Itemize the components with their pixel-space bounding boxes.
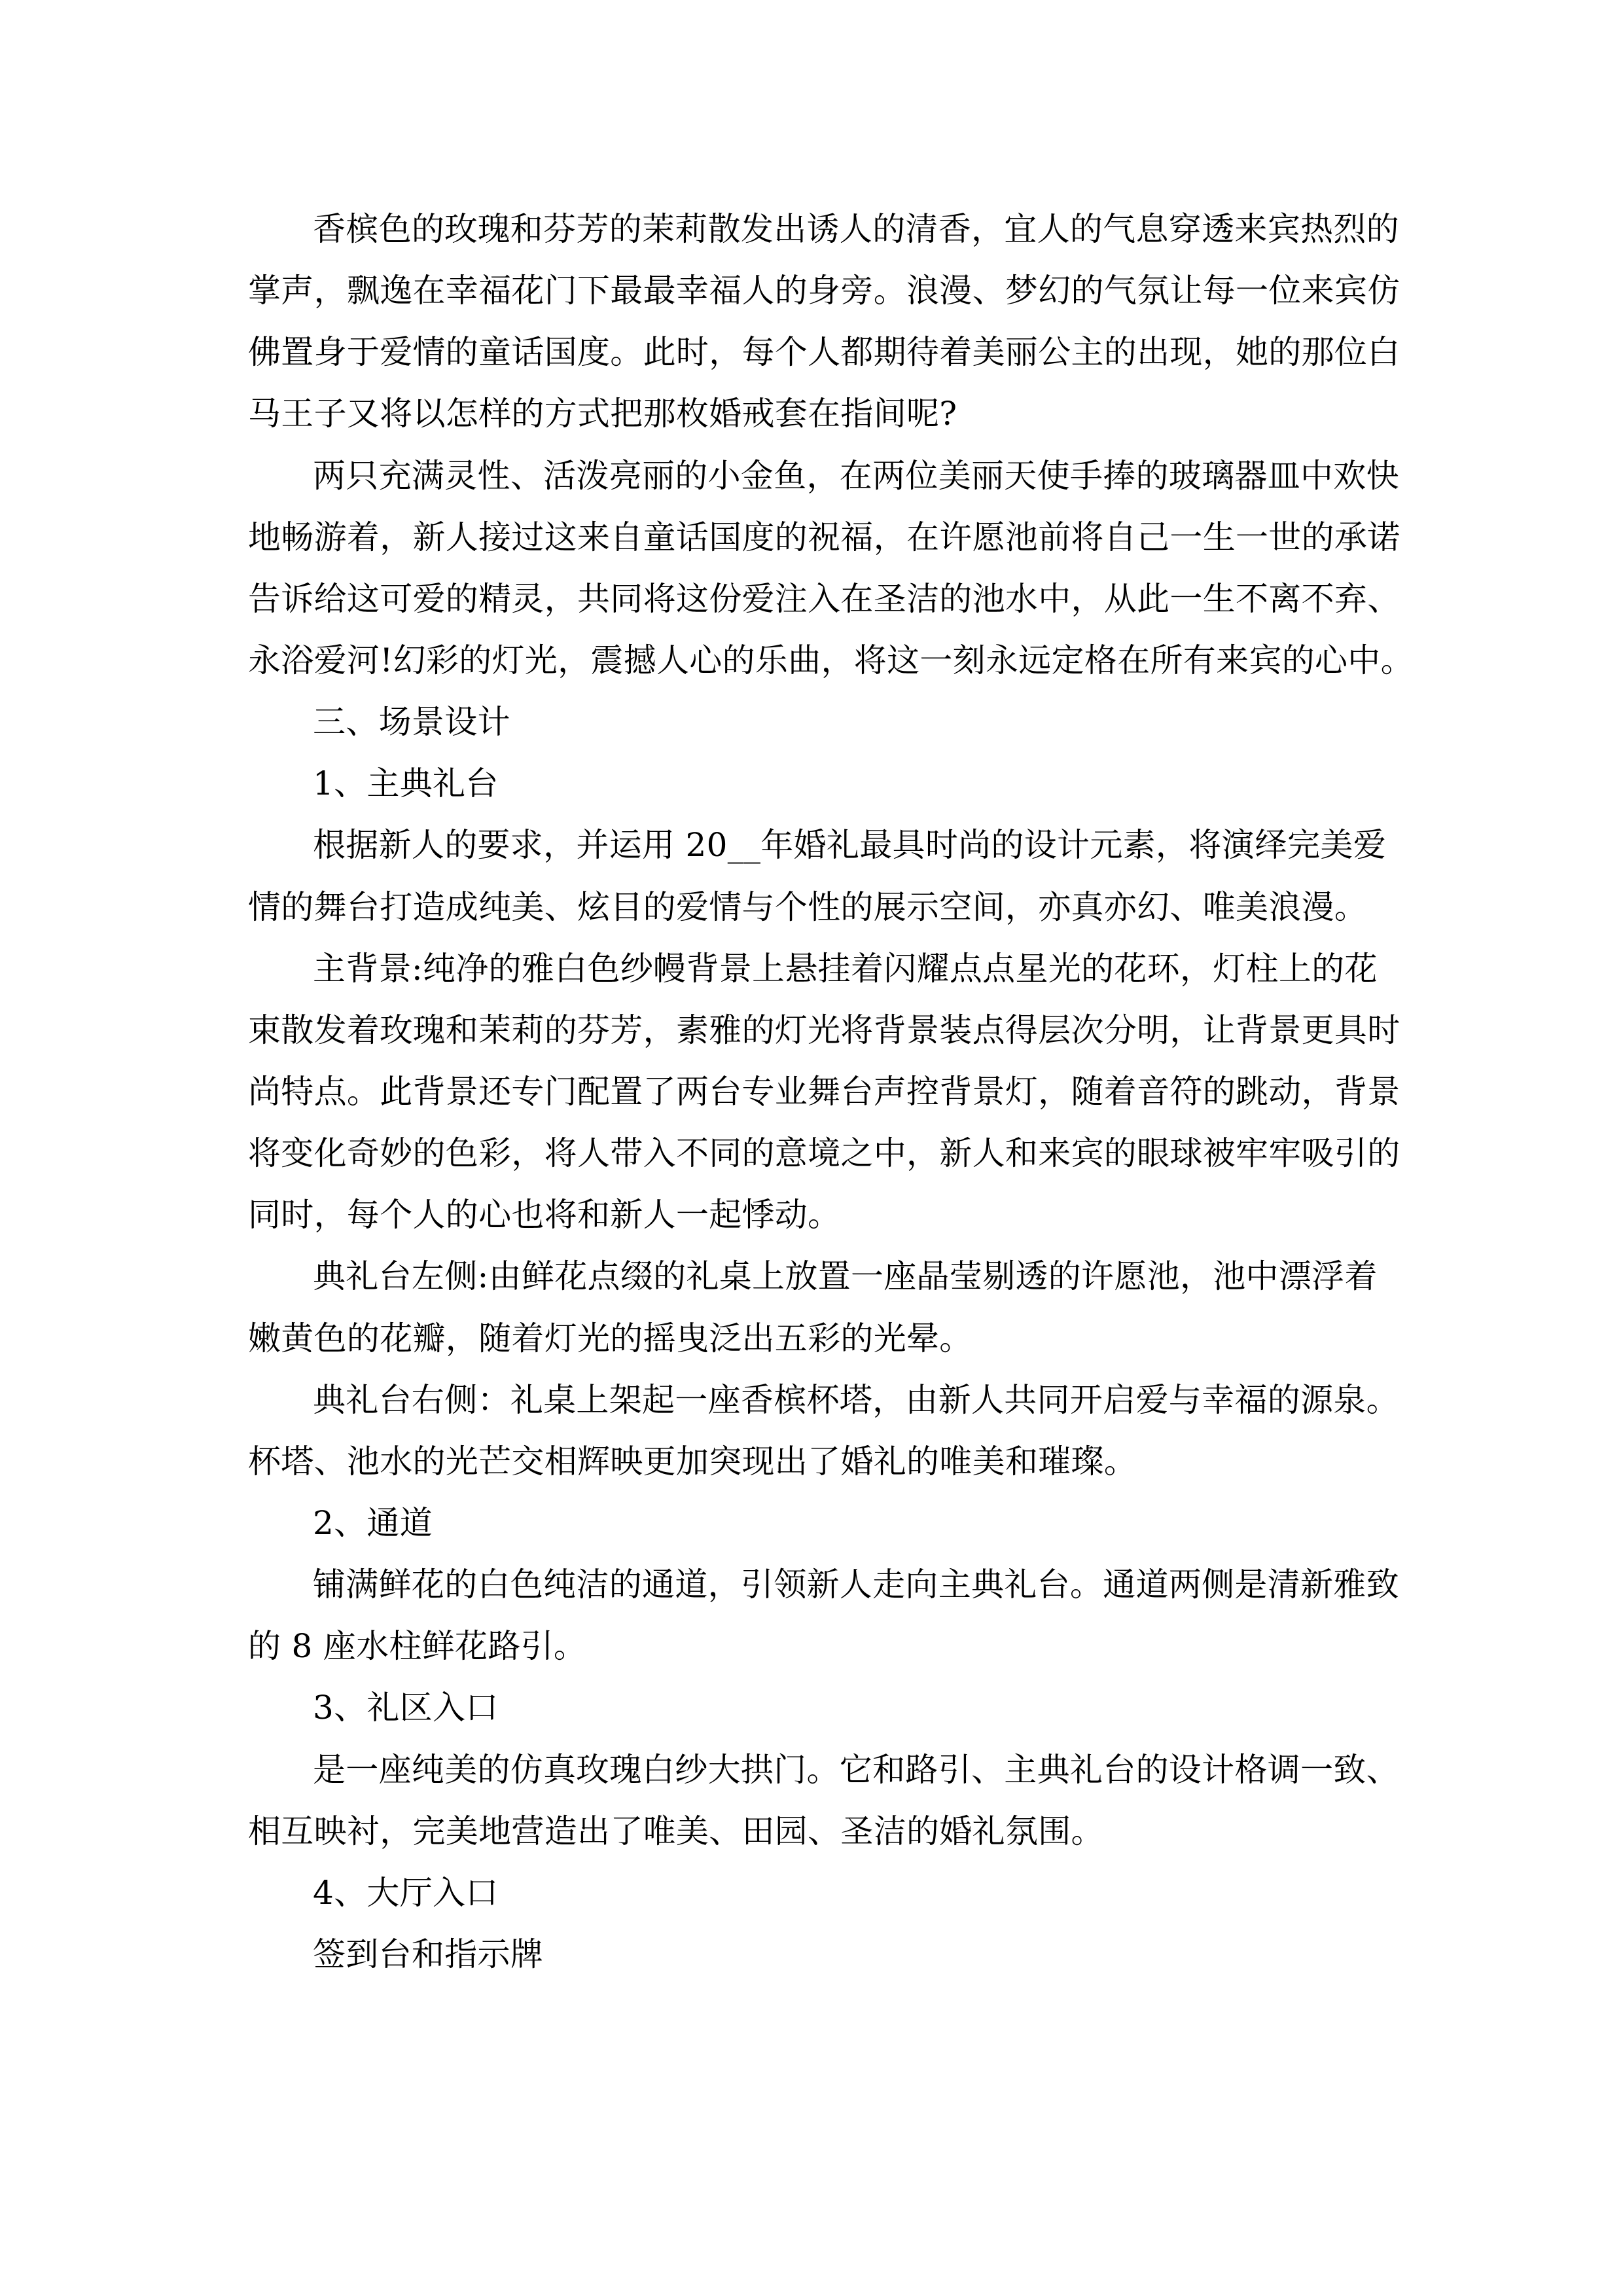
text-line: 根据新人的要求，并运用 20__年婚礼最具时尚的设计元素，将演绎完美爱	[248, 814, 1380, 876]
paragraph: 主背景:纯净的雅白色纱幔背景上悬挂着闪耀点点星光的花环，灯柱上的花 束散发着玫瑰…	[248, 938, 1380, 1246]
subsection-title: 4、大厅入口	[248, 1862, 1380, 1924]
text-line: 杯塔、池水的光芒交相辉映更加突现出了婚礼的唯美和璀璨。	[248, 1431, 1380, 1492]
text-line: 嫩黄色的花瓣，随着灯光的摇曳泛出五彩的光晕。	[248, 1308, 1380, 1369]
paragraph: 两只充满灵性、活泼亮丽的小金鱼，在两位美丽天使手捧的玻璃器皿中欢快 地畅游着，新…	[248, 445, 1380, 692]
text-line: 情的舞台打造成纯美、炫目的爱情与个性的展示空间，亦真亦幻、唯美浪漫。	[248, 876, 1380, 938]
text-line: 同时，每个人的心也将和新人一起悸动。	[248, 1184, 1380, 1246]
text-line: 铺满鲜花的白色纯洁的通道，引领新人走向主典礼台。通道两侧是清新雅致	[248, 1554, 1380, 1615]
subsection-title: 1、主典礼台	[248, 753, 1380, 814]
subsection-heading: 1、主典礼台	[248, 753, 1380, 814]
subsection-title: 签到台和指示牌	[248, 1924, 1380, 1985]
text-line: 的 8 座水柱鲜花路引。	[248, 1615, 1380, 1677]
text-line: 地畅游着，新人接过这来自童话国度的祝福，在许愿池前将自己一生一世的承诺	[248, 507, 1380, 568]
text-line: 束散发着玫瑰和茉莉的芬芳，素雅的灯光将背景装点得层次分明，让背景更具时	[248, 999, 1380, 1061]
text-line: 典礼台左侧:由鲜花点缀的礼桌上放置一座晶莹剔透的许愿池，池中漂浮着	[248, 1246, 1380, 1307]
text-line: 告诉给这可爱的精灵，共同将这份爱注入在圣洁的池水中，从此一生不离不弃、	[248, 568, 1380, 630]
subsection-heading: 2、通道	[248, 1492, 1380, 1554]
document-page: 香槟色的玫瑰和芬芳的茉莉散发出诱人的清香，宜人的气息穿透来宾热烈的 掌声，飘逸在…	[248, 198, 1380, 1985]
paragraph: 铺满鲜花的白色纯洁的通道，引领新人走向主典礼台。通道两侧是清新雅致 的 8 座水…	[248, 1554, 1380, 1677]
paragraph: 典礼台左侧:由鲜花点缀的礼桌上放置一座晶莹剔透的许愿池，池中漂浮着 嫩黄色的花瓣…	[248, 1246, 1380, 1369]
subsection-title: 3、礼区入口	[248, 1677, 1380, 1738]
text-line: 尚特点。此背景还专门配置了两台专业舞台声控背景灯，随着音符的跳动，背景	[248, 1061, 1380, 1122]
text-line: 将变化奇妙的色彩，将人带入不同的意境之中，新人和来宾的眼球被牢牢吸引的	[248, 1122, 1380, 1184]
paragraph: 典礼台右侧：礼桌上架起一座香槟杯塔，由新人共同开启爱与幸福的源泉。 杯塔、池水的…	[248, 1369, 1380, 1492]
text-line: 典礼台右侧：礼桌上架起一座香槟杯塔，由新人共同开启爱与幸福的源泉。	[248, 1369, 1380, 1431]
text-line: 相互映衬，完美地营造出了唯美、田园、圣洁的婚礼氛围。	[248, 1801, 1380, 1862]
text-line: 香槟色的玫瑰和芬芳的茉莉散发出诱人的清香，宜人的气息穿透来宾热烈的	[248, 198, 1380, 260]
subsection-heading: 签到台和指示牌	[248, 1924, 1380, 1985]
section-title: 三、场景设计	[248, 691, 1380, 753]
paragraph: 根据新人的要求，并运用 20__年婚礼最具时尚的设计元素，将演绎完美爱 情的舞台…	[248, 814, 1380, 937]
text-line: 两只充满灵性、活泼亮丽的小金鱼，在两位美丽天使手捧的玻璃器皿中欢快	[248, 445, 1380, 507]
text-line: 马王子又将以怎样的方式把那枚婚戒套在指间呢?	[248, 383, 1380, 444]
paragraph: 是一座纯美的仿真玫瑰白纱大拱门。它和路引、主典礼台的设计格调一致、 相互映衬，完…	[248, 1739, 1380, 1862]
text-line: 主背景:纯净的雅白色纱幔背景上悬挂着闪耀点点星光的花环，灯柱上的花	[248, 938, 1380, 999]
subsection-heading: 3、礼区入口	[248, 1677, 1380, 1738]
subsection-title: 2、通道	[248, 1492, 1380, 1554]
text-line: 佛置身于爱情的童话国度。此时，每个人都期待着美丽公主的出现，她的那位白	[248, 321, 1380, 383]
text-line: 是一座纯美的仿真玫瑰白纱大拱门。它和路引、主典礼台的设计格调一致、	[248, 1739, 1380, 1801]
text-line: 掌声，飘逸在幸福花门下最最幸福人的身旁。浪漫、梦幻的气氛让每一位来宾仿	[248, 260, 1380, 321]
paragraph: 香槟色的玫瑰和芬芳的茉莉散发出诱人的清香，宜人的气息穿透来宾热烈的 掌声，飘逸在…	[248, 198, 1380, 445]
subsection-heading: 4、大厅入口	[248, 1862, 1380, 1924]
section-heading: 三、场景设计	[248, 691, 1380, 753]
text-line: 永浴爱河!幻彩的灯光，震撼人心的乐曲，将这一刻永远定格在所有来宾的心中。	[248, 630, 1380, 691]
